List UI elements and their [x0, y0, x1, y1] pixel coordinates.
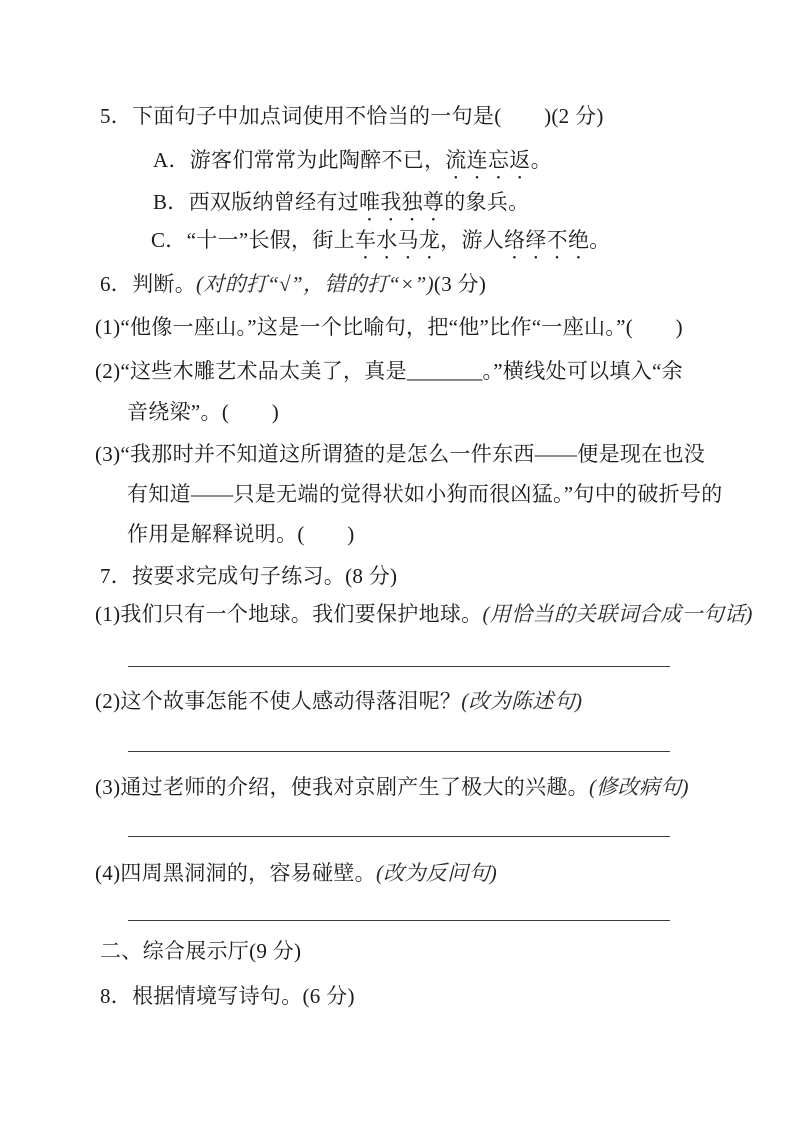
option-c-emphasized-word-1: 车水马龙 — [355, 228, 440, 252]
item-3-sentence: (3)通过老师的介绍，使我对京剧产生了极大的兴趣。 — [95, 775, 589, 799]
option-b-emphasized-word: 唯我独尊 — [359, 190, 444, 214]
question-6-item-1: (1)“他像一座山。”这是一个比喻句，把“他”比作“一座山。”( ) — [95, 314, 683, 340]
option-a-emphasized-word: 流连忘返 — [445, 148, 530, 172]
question-5-option-a: A．游客们常常为此陶醉不已，流连忘返。 — [153, 147, 552, 184]
item-1-sentence: (1)我们只有一个地球。我们要保护地球。 — [95, 602, 483, 626]
answer-blank-line-4 — [128, 920, 670, 921]
question-6-item-3-line-1: (3)“我那时并不知道这所谓猹的是怎么一件东西——便是现在也没 — [95, 441, 705, 467]
question-5-option-b: B．西双版纳曾经有过唯我独尊的象兵。 — [153, 189, 529, 226]
question-6-item-3-line-3: 作用是解释说明。( ) — [127, 521, 355, 547]
option-b-text: B．西双版纳曾经有过 — [153, 190, 359, 214]
question-6-number: 6．判断。 — [100, 272, 196, 296]
item-4-instruction: (改为反问句) — [376, 861, 497, 885]
question-7-item-2: (2)这个故事怎能不使人感动得落泪呢？(改为陈述句) — [95, 688, 582, 714]
exam-page: 5．下面句子中加点词使用不恰当的一句是( )(2 分) A．游客们常常为此陶醉不… — [0, 0, 793, 1122]
question-7-item-3: (3)通过老师的介绍，使我对京剧产生了极大的兴趣。(修改病句) — [95, 774, 689, 800]
question-6-heading: 6．判断。(对的打“√”，错的打“×”)(3 分) — [100, 271, 486, 297]
question-6-score: (3 分) — [434, 272, 486, 296]
option-c-text: C．“十一”长假，街上 — [151, 228, 355, 252]
option-c-text-mid: ，游人 — [440, 228, 504, 252]
answer-blank-line-2 — [128, 751, 670, 752]
question-7-item-4: (4)四周黑洞洞的，容易碰壁。(改为反问句) — [95, 860, 497, 886]
question-7-item-1: (1)我们只有一个地球。我们要保护地球。(用恰当的关联词合成一句话) — [95, 601, 753, 627]
question-7-heading: 7．按要求完成句子练习。(8 分) — [100, 563, 397, 589]
option-b-text-end: 的象兵。 — [444, 190, 529, 214]
option-a-text-end: 。 — [531, 148, 552, 172]
question-8-heading: 8．根据情境写诗句。(6 分) — [100, 983, 355, 1009]
item-2-instruction: (改为陈述句) — [461, 689, 582, 713]
answer-blank-line-3 — [128, 836, 670, 837]
question-6-item-2-line-1: (2)“这些木雕艺术品太美了，真是_______。”横线处可以填入“余 — [95, 358, 683, 384]
question-6-item-3-line-2: 有知道——只是无端的觉得状如小狗而很凶猛。”句中的破折号的 — [127, 481, 723, 507]
question-6-item-2-line-2: 音绕梁”。( ) — [127, 399, 279, 425]
option-c-text-end: 。 — [589, 228, 610, 252]
item-2-sentence: (2)这个故事怎能不使人感动得落泪呢？ — [95, 689, 461, 713]
question-6-instruction: (对的打“√”，错的打“×”) — [196, 272, 434, 296]
option-c-emphasized-word-2: 络绎不绝 — [504, 228, 589, 252]
item-4-sentence: (4)四周黑洞洞的，容易碰壁。 — [95, 861, 376, 885]
answer-blank-line-1 — [128, 666, 670, 667]
item-3-instruction: (修改病句) — [589, 775, 689, 799]
question-5-option-c: C．“十一”长假，街上车水马龙，游人络绎不绝。 — [151, 227, 611, 264]
option-a-text: A．游客们常常为此陶醉不已， — [153, 148, 445, 172]
item-1-instruction: (用恰当的关联词合成一句话) — [483, 602, 753, 626]
question-5-heading: 5．下面句子中加点词使用不恰当的一句是( )(2 分) — [100, 103, 604, 129]
section-2-heading: 二、综合展示厅(9 分) — [100, 938, 301, 964]
